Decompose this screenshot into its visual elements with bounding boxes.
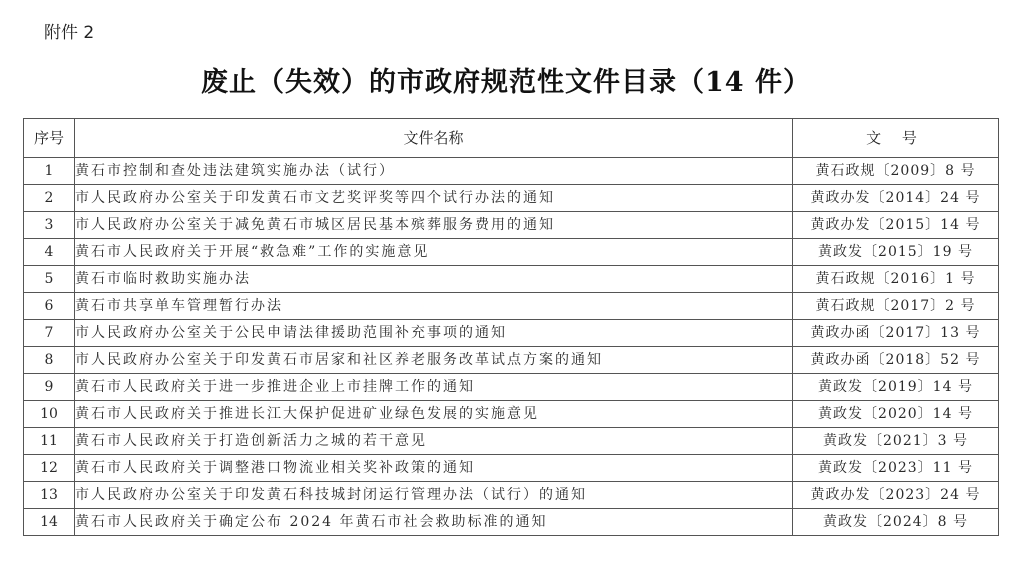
table-row: 3市人民政府办公室关于减免黄石市城区居民基本殡葬服务费用的通知黄政办发〔2015… [24,212,999,239]
table-row: 6黄石市共享单车管理暂行办法黄石政规〔2017〕2 号 [24,293,999,320]
table-row: 13市人民政府办公室关于印发黄石科技城封闭运行管理办法（试行）的通知黄政办发〔2… [24,482,999,509]
row-document-name: 黄石市共享单车管理暂行办法 [75,293,793,320]
row-document-name: 市人民政府办公室关于减免黄石市城区居民基本殡葬服务费用的通知 [75,212,793,239]
row-document-name: 黄石市人民政府关于开展“救急难”工作的实施意见 [75,239,793,266]
header-document-number: 文 号 [793,119,999,158]
row-document-number: 黄石政规〔2016〕1 号 [793,266,999,293]
row-document-number: 黄石政规〔2009〕8 号 [793,158,999,185]
table-row: 14黄石市人民政府关于确定公布 2024 年黄石市社会救助标准的通知黄政发〔20… [24,509,999,536]
row-serial: 1 [24,158,75,185]
table-row: 5黄石市临时救助实施办法黄石政规〔2016〕1 号 [24,266,999,293]
table-row: 10黄石市人民政府关于推进长江大保护促进矿业绿色发展的实施意见黄政发〔2020〕… [24,401,999,428]
row-document-number: 黄政发〔2019〕14 号 [793,374,999,401]
row-serial: 9 [24,374,75,401]
header-serial-number: 序号 [24,119,75,158]
row-document-number: 黄政办函〔2018〕52 号 [793,347,999,374]
row-document-name: 黄石市控制和查处违法建筑实施办法（试行） [75,158,793,185]
table-row: 2市人民政府办公室关于印发黄石市文艺奖评奖等四个试行办法的通知黄政办发〔2014… [24,185,999,212]
row-serial: 3 [24,212,75,239]
row-document-number: 黄政发〔2020〕14 号 [793,401,999,428]
row-document-number: 黄政办函〔2017〕13 号 [793,320,999,347]
row-serial: 10 [24,401,75,428]
row-document-name: 市人民政府办公室关于印发黄石科技城封闭运行管理办法（试行）的通知 [75,482,793,509]
row-document-number: 黄政发〔2015〕19 号 [793,239,999,266]
row-serial: 12 [24,455,75,482]
row-document-number: 黄政发〔2024〕8 号 [793,509,999,536]
row-serial: 4 [24,239,75,266]
table-row: 12黄石市人民政府关于调整港口物流业相关奖补政策的通知黄政发〔2023〕11 号 [24,455,999,482]
row-serial: 2 [24,185,75,212]
row-serial: 11 [24,428,75,455]
row-serial: 14 [24,509,75,536]
table-row: 8市人民政府办公室关于印发黄石市居家和社区养老服务改革试点方案的通知黄政办函〔2… [24,347,999,374]
row-document-name: 黄石市人民政府关于进一步推进企业上市挂牌工作的通知 [75,374,793,401]
row-document-number: 黄政发〔2023〕11 号 [793,455,999,482]
row-document-number: 黄石政规〔2017〕2 号 [793,293,999,320]
table-row: 9黄石市人民政府关于进一步推进企业上市挂牌工作的通知黄政发〔2019〕14 号 [24,374,999,401]
row-document-name: 黄石市临时救助实施办法 [75,266,793,293]
document-title: 废止（失效）的市政府规范性文件目录（14 件） [0,60,1012,99]
row-document-number: 黄政发〔2021〕3 号 [793,428,999,455]
table-row: 4黄石市人民政府关于开展“救急难”工作的实施意见黄政发〔2015〕19 号 [24,239,999,266]
table-header-row: 序号 文件名称 文 号 [24,119,999,158]
row-serial: 7 [24,320,75,347]
document-catalog-table: 序号 文件名称 文 号 1黄石市控制和查处违法建筑实施办法（试行）黄石政规〔20… [23,118,999,536]
row-document-name: 黄石市人民政府关于调整港口物流业相关奖补政策的通知 [75,455,793,482]
table-row: 11黄石市人民政府关于打造创新活力之城的若干意见黄政发〔2021〕3 号 [24,428,999,455]
row-document-name: 市人民政府办公室关于印发黄石市居家和社区养老服务改革试点方案的通知 [75,347,793,374]
row-document-name: 黄石市人民政府关于确定公布 2024 年黄石市社会救助标准的通知 [75,509,793,536]
row-document-number: 黄政办发〔2023〕24 号 [793,482,999,509]
table-row: 1黄石市控制和查处违法建筑实施办法（试行）黄石政规〔2009〕8 号 [24,158,999,185]
table-row: 7市人民政府办公室关于公民申请法律援助范围补充事项的通知黄政办函〔2017〕13… [24,320,999,347]
header-document-name: 文件名称 [75,119,793,158]
row-serial: 6 [24,293,75,320]
row-document-name: 黄石市人民政府关于推进长江大保护促进矿业绿色发展的实施意见 [75,401,793,428]
row-document-name: 黄石市人民政府关于打造创新活力之城的若干意见 [75,428,793,455]
row-document-number: 黄政办发〔2015〕14 号 [793,212,999,239]
row-serial: 13 [24,482,75,509]
attachment-label: 附件 2 [44,18,94,43]
row-serial: 8 [24,347,75,374]
row-serial: 5 [24,266,75,293]
row-document-name: 市人民政府办公室关于印发黄石市文艺奖评奖等四个试行办法的通知 [75,185,793,212]
row-document-number: 黄政办发〔2014〕24 号 [793,185,999,212]
row-document-name: 市人民政府办公室关于公民申请法律援助范围补充事项的通知 [75,320,793,347]
